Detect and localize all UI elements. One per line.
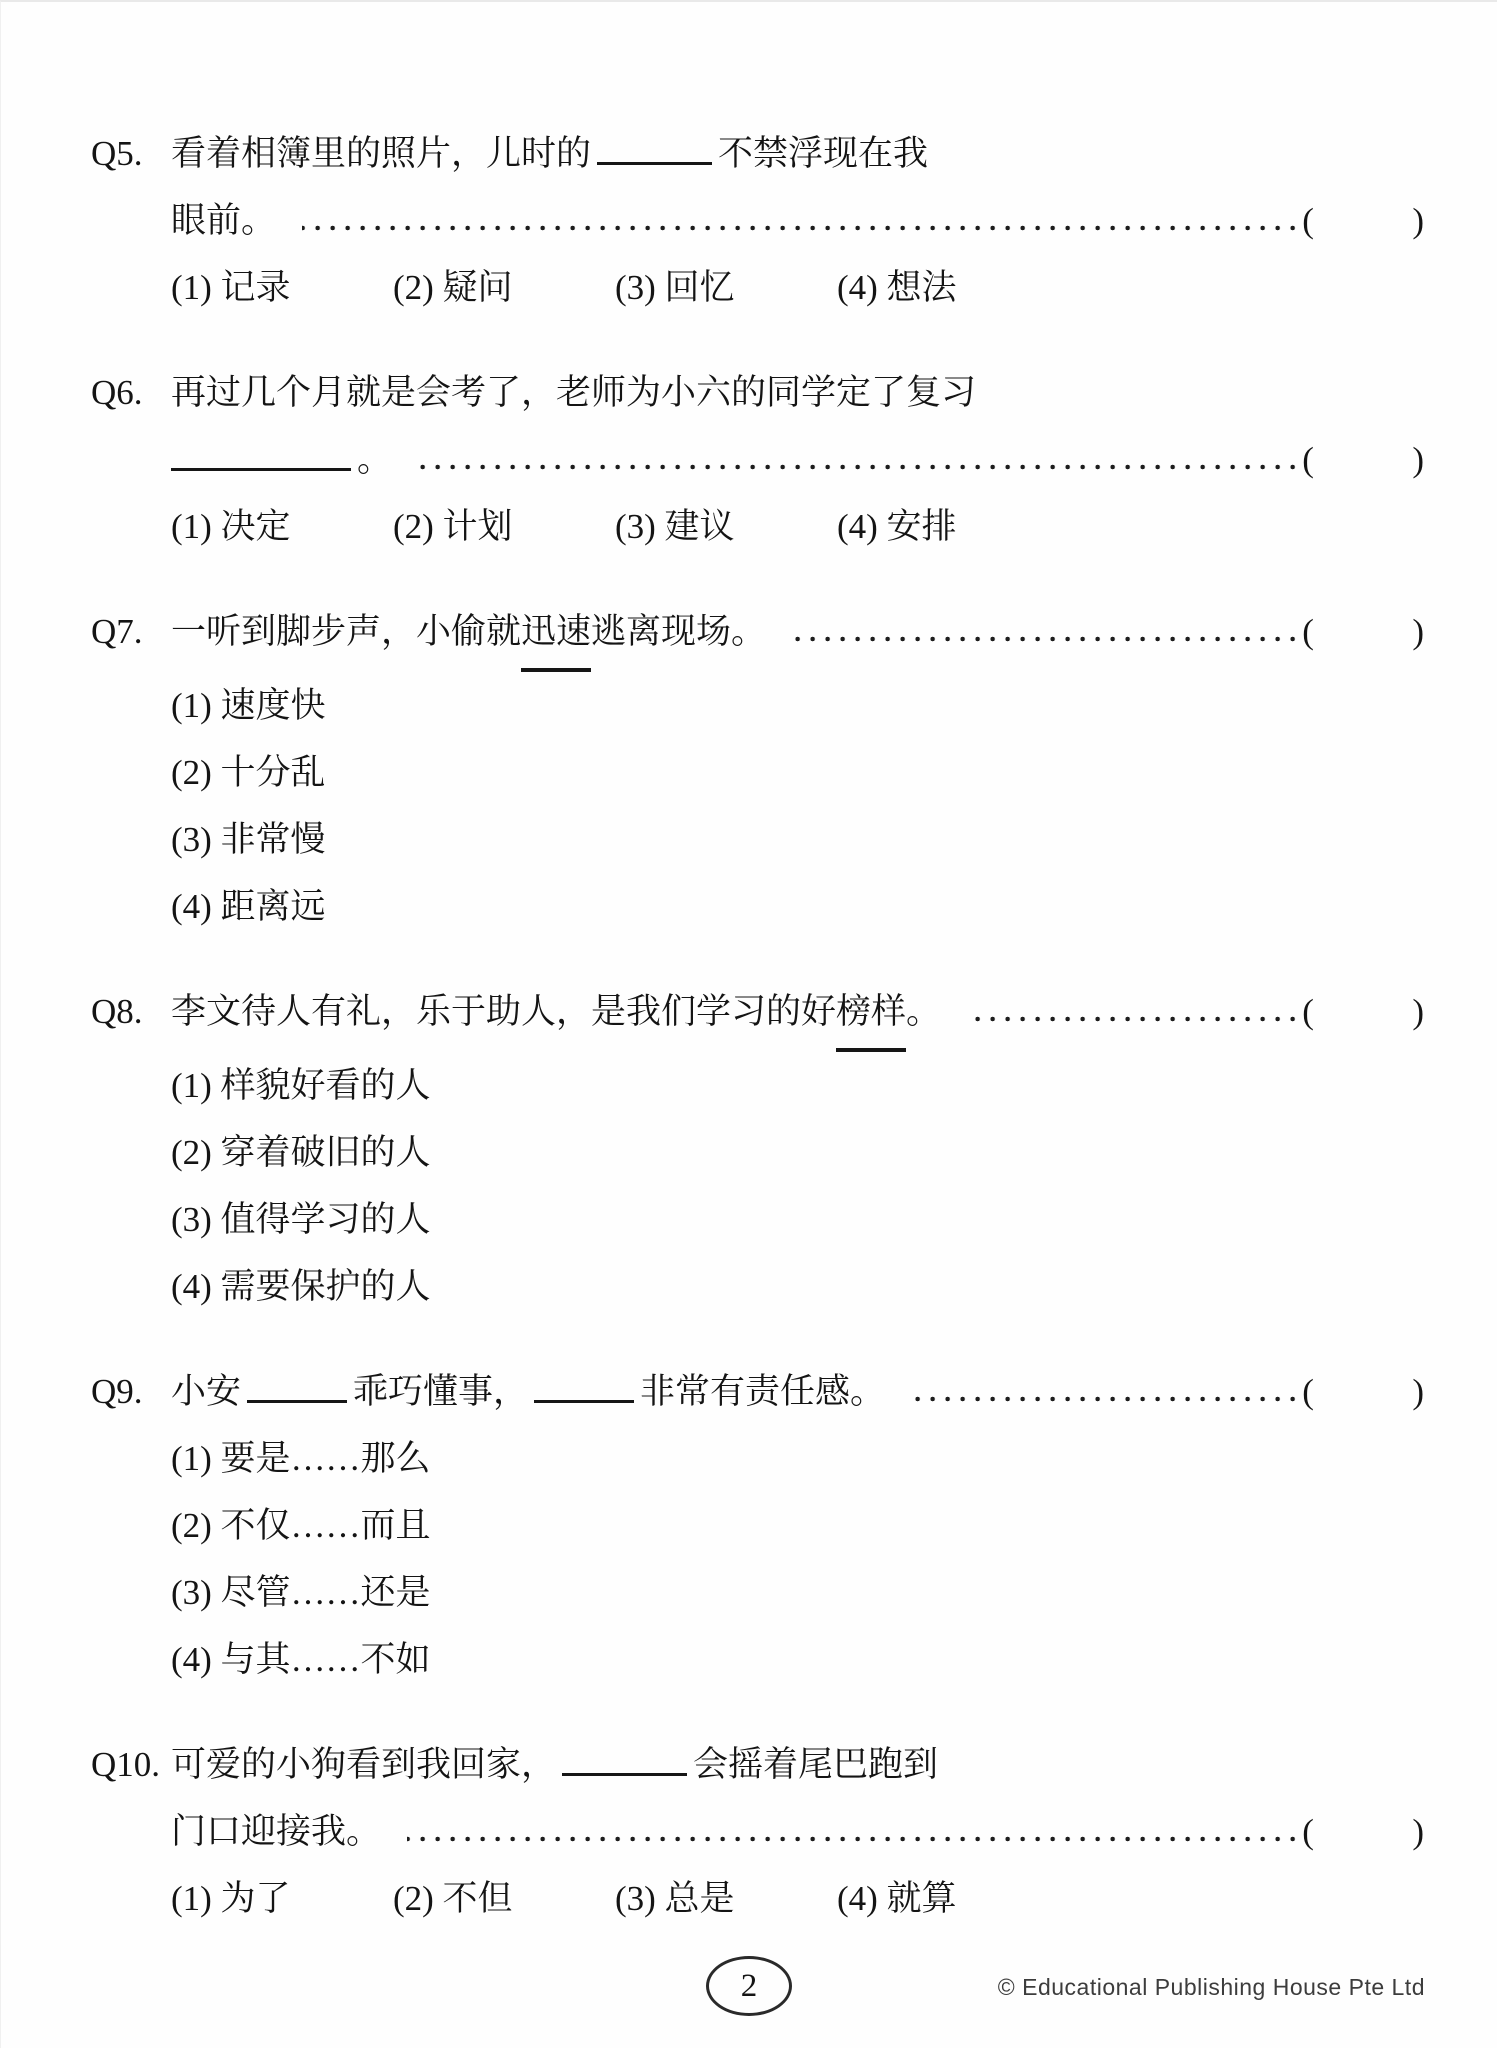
stem-text: 非常有责任感。 (640, 1358, 885, 1425)
fill-in-blank-line (247, 1397, 347, 1403)
stem-text: 李文待人有礼，乐于助人，是我们学习的好 (171, 978, 836, 1045)
stem-text: 可爱的小狗看到我回家， (171, 1731, 556, 1798)
option-item: (3) 非常慢 (171, 806, 1425, 873)
stem-text: 会摇着尾巴跑到 (693, 1731, 938, 1798)
question-stem-line: 看着相簿里的照片，儿时的 不禁浮现在我 (171, 120, 1425, 187)
stem-text: 门口迎接我。 (171, 1798, 381, 1865)
underlined-term: 榜样 (836, 978, 906, 1052)
option-item: (1) 速度快 (171, 672, 1425, 739)
answer-line: 小安 乖巧懂事， 非常有责任感。 ( ) (171, 1358, 1425, 1425)
question-label: Q7. (91, 598, 171, 940)
page-footer: 2 © Educational Publishing House Pte Ltd (1, 1950, 1497, 2030)
answer-bracket: ( ) (1302, 598, 1425, 665)
option-item: (1) 决定 (171, 493, 393, 560)
answer-line: 一听到脚步声，小偷就 迅速 逃离现场。 ( ) (171, 598, 1425, 672)
options-row: (1) 记录 (2) 疑问 (3) 回忆 (4) 想法 (171, 254, 1425, 321)
stem-text: 乖巧懂事， (353, 1358, 528, 1425)
answer-bracket: ( ) (1302, 978, 1425, 1045)
option-item: (1) 样貌好看的人 (171, 1052, 1425, 1119)
stem-text: 。 (906, 978, 941, 1045)
stem-text: 。 (357, 426, 392, 493)
question-q7: Q7. 一听到脚步声，小偷就 迅速 逃离现场。 ( ) (1) 速度快 (2) … (91, 598, 1425, 940)
dotted-leader (792, 635, 1300, 643)
dotted-leader (911, 1395, 1300, 1403)
options-list: (1) 样貌好看的人 (2) 穿着破旧的人 (3) 值得学习的人 (4) 需要保… (171, 1052, 1425, 1320)
question-label: Q8. (91, 978, 171, 1320)
question-label: Q10. (91, 1731, 171, 1932)
question-q6: Q6. 再过几个月就是会考了，老师为小六的同学定了复习 。 ( ) (1) 决定… (91, 359, 1425, 560)
option-item: (4) 距离远 (171, 873, 1425, 940)
answer-line: 李文待人有礼，乐于助人，是我们学习的好 榜样 。 ( ) (171, 978, 1425, 1052)
stem-text: 再过几个月就是会考了，老师为小六的同学定了复习 (171, 359, 976, 426)
question-label: Q5. (91, 120, 171, 321)
question-label: Q9. (91, 1358, 171, 1693)
dotted-leader (302, 224, 1300, 232)
question-label: Q6. (91, 359, 171, 560)
page-number-badge: 2 (706, 1956, 792, 2016)
option-item: (2) 不仅……而且 (171, 1492, 1425, 1559)
answer-bracket: ( ) (1302, 187, 1425, 254)
stem-text: 不禁浮现在我 (718, 120, 928, 187)
question-q5: Q5. 看着相簿里的照片，儿时的 不禁浮现在我 眼前。 ( ) (1) 记录 (… (91, 120, 1425, 321)
answer-bracket: ( ) (1302, 426, 1425, 493)
stem-text: 眼前。 (171, 187, 276, 254)
stem-text: 看着相簿里的照片，儿时的 (171, 120, 591, 187)
option-item: (4) 想法 (837, 254, 957, 321)
options-row: (1) 为了 (2) 不但 (3) 总是 (4) 就算 (171, 1865, 1425, 1932)
option-item: (3) 建议 (615, 493, 837, 560)
option-item: (3) 回忆 (615, 254, 837, 321)
answer-line: 眼前。 ( ) (171, 187, 1425, 254)
option-item: (1) 要是……那么 (171, 1425, 1425, 1492)
option-item: (4) 就算 (837, 1865, 957, 1932)
option-item: (2) 疑问 (393, 254, 615, 321)
option-item: (2) 不但 (393, 1865, 615, 1932)
exam-paper-page: Q5. 看着相簿里的照片，儿时的 不禁浮现在我 眼前。 ( ) (1) 记录 (… (0, 0, 1497, 2048)
option-item: (2) 计划 (393, 493, 615, 560)
question-stem-line: 可爱的小狗看到我回家， 会摇着尾巴跑到 (171, 1731, 1425, 1798)
fill-in-blank-line (562, 1770, 687, 1776)
page-number: 2 (741, 1968, 758, 2005)
fill-in-blank-line (534, 1397, 634, 1403)
stem-text: 小安 (171, 1358, 241, 1425)
option-item: (3) 值得学习的人 (171, 1186, 1425, 1253)
option-item: (1) 为了 (171, 1865, 393, 1932)
stem-text: 逃离现场。 (591, 598, 766, 665)
answer-line: 。 ( ) (171, 426, 1425, 493)
dotted-leader (418, 463, 1300, 471)
options-list: (1) 速度快 (2) 十分乱 (3) 非常慢 (4) 距离远 (171, 672, 1425, 940)
dotted-leader (407, 1835, 1300, 1843)
dotted-leader (967, 1015, 1300, 1023)
question-q10: Q10. 可爱的小狗看到我回家， 会摇着尾巴跑到 门口迎接我。 ( ) (1) … (91, 1731, 1425, 1932)
option-item: (4) 需要保护的人 (171, 1253, 1425, 1320)
option-item: (1) 记录 (171, 254, 393, 321)
option-item: (2) 十分乱 (171, 739, 1425, 806)
fill-in-blank-line (597, 159, 712, 165)
answer-bracket: ( ) (1302, 1798, 1425, 1865)
options-row: (1) 决定 (2) 计划 (3) 建议 (4) 安排 (171, 493, 1425, 560)
option-item: (3) 总是 (615, 1865, 837, 1932)
option-item: (2) 穿着破旧的人 (171, 1119, 1425, 1186)
question-stem-line: 再过几个月就是会考了，老师为小六的同学定了复习 (171, 359, 1425, 426)
answer-bracket: ( ) (1302, 1358, 1425, 1425)
option-item: (4) 与其……不如 (171, 1626, 1425, 1693)
stem-text: 一听到脚步声，小偷就 (171, 598, 521, 665)
fill-in-blank-line (171, 465, 351, 471)
option-item: (4) 安排 (837, 493, 957, 560)
underlined-term: 迅速 (521, 598, 591, 672)
question-q9: Q9. 小安 乖巧懂事， 非常有责任感。 ( ) (1) 要是……那么 (2) … (91, 1358, 1425, 1693)
copyright-text: © Educational Publishing House Pte Ltd (998, 1974, 1425, 2001)
options-list: (1) 要是……那么 (2) 不仅……而且 (3) 尽管……还是 (4) 与其…… (171, 1425, 1425, 1693)
question-q8: Q8. 李文待人有礼，乐于助人，是我们学习的好 榜样 。 ( ) (1) 样貌好… (91, 978, 1425, 1320)
option-item: (3) 尽管……还是 (171, 1559, 1425, 1626)
answer-line: 门口迎接我。 ( ) (171, 1798, 1425, 1865)
